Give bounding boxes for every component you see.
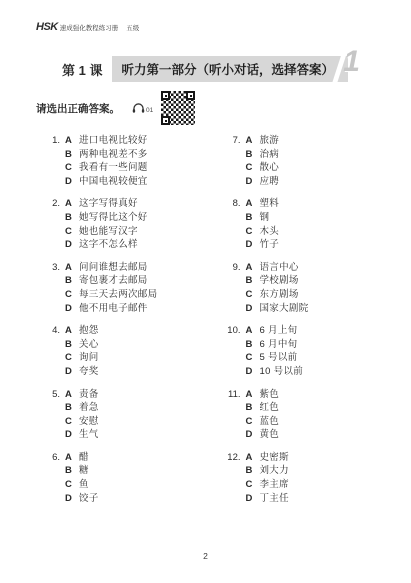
answer-option: A紫色 <box>246 388 390 402</box>
question-item: 2. A这字写得真好B她写得比这个好C她也能写汉字D这字不怎么样 <box>40 197 215 251</box>
option-text: 10 号以前 <box>260 365 304 379</box>
option-text: 应聘 <box>260 175 280 189</box>
option-key: C <box>246 351 260 365</box>
option-text: 6 月上旬 <box>260 324 298 338</box>
answer-option: D他不用电子邮件 <box>65 302 215 316</box>
answer-option: B寄包裹才去邮局 <box>65 274 215 288</box>
question-number: 9. <box>221 261 241 315</box>
option-key: D <box>246 175 260 189</box>
answer-option: C蓝色 <box>246 415 390 429</box>
option-text: 生气 <box>79 428 99 442</box>
answer-option: C安慰 <box>65 415 215 429</box>
option-key: C <box>65 478 79 492</box>
option-key: A <box>246 261 260 275</box>
answer-option: C木头 <box>246 225 390 239</box>
option-text: 抱怨 <box>79 324 99 338</box>
audio-track-number: 01 <box>146 107 153 114</box>
option-text: 我看有一些问题 <box>79 161 148 175</box>
option-key: C <box>246 288 260 302</box>
option-text: 6 月中旬 <box>260 338 298 352</box>
answer-option: A史密斯 <box>246 451 390 465</box>
question-number: 4. <box>40 324 60 378</box>
answer-option: D这字不怎么样 <box>65 238 215 252</box>
question-item: 7. A旅游B治病C散心D应聘 <box>221 134 390 188</box>
question-options: A塑料B钢C木头D竹子 <box>246 197 390 251</box>
answer-option: A这字写得真好 <box>65 197 215 211</box>
option-key: D <box>246 238 260 252</box>
option-text: 李主席 <box>260 478 289 492</box>
option-key: D <box>246 365 260 379</box>
question-item: 5. A责备B着急C安慰D生气 <box>40 388 215 442</box>
option-key: D <box>65 365 79 379</box>
option-text: 这字写得真好 <box>79 197 138 211</box>
answer-option: D黄色 <box>246 428 390 442</box>
option-text: 中国电视较便宜 <box>79 175 148 189</box>
option-key: B <box>246 148 260 162</box>
answer-option: C她也能写汉字 <box>65 225 215 239</box>
answer-option: D饺子 <box>65 492 215 506</box>
question-number: 2. <box>40 197 60 251</box>
option-text: 安慰 <box>79 415 99 429</box>
answer-option: A抱怨 <box>65 324 215 338</box>
page-number: 2 <box>0 551 411 561</box>
option-text: 夸奖 <box>79 365 99 379</box>
lesson-title-row: 第 1 课 听力第一部分（听小对话，选择答案） 1 <box>62 56 348 82</box>
answer-option: C每三天去两次邮局 <box>65 288 215 302</box>
question-item: 6. A醋B糖C鱼D饺子 <box>40 451 215 505</box>
headphones-icon <box>132 103 145 114</box>
option-text: 进口电视比较好 <box>79 134 148 148</box>
option-text: 语言中心 <box>260 261 299 275</box>
option-key: C <box>246 478 260 492</box>
option-text: 钢 <box>260 211 270 225</box>
answer-option: C询问 <box>65 351 215 365</box>
question-item: 3. A问问谁想去邮局B寄包裹才去邮局C每三天去两次邮局D他不用电子邮件 <box>40 261 215 315</box>
question-number: 5. <box>40 388 60 442</box>
option-key: C <box>246 225 260 239</box>
option-text: 她写得比这个好 <box>79 211 148 225</box>
answer-option: C鱼 <box>65 478 215 492</box>
option-text: 寄包裹才去邮局 <box>79 274 148 288</box>
option-text: 鱼 <box>79 478 89 492</box>
question-options: A6 月上旬B6 月中旬C5 号以前D10 号以前 <box>246 324 390 378</box>
option-key: B <box>246 274 260 288</box>
option-key: D <box>65 492 79 506</box>
question-item: 8. A塑料B钢C木头D竹子 <box>221 197 390 251</box>
question-number: 11. <box>221 388 241 442</box>
option-key: C <box>65 225 79 239</box>
option-key: A <box>246 197 260 211</box>
option-text: 蓝色 <box>260 415 280 429</box>
question-item: 11. A紫色B红色C蓝色D黄色 <box>221 388 390 442</box>
answer-option: D中国电视较便宜 <box>65 175 215 189</box>
option-key: D <box>246 428 260 442</box>
question-item: 10. A6 月上旬B6 月中旬C5 号以前D10 号以前 <box>221 324 390 378</box>
answer-option: C散心 <box>246 161 390 175</box>
answer-option: A语言中心 <box>246 261 390 275</box>
option-text: 责备 <box>79 388 99 402</box>
option-text: 国家大剧院 <box>260 302 309 316</box>
option-key: A <box>65 388 79 402</box>
answer-option: D丁主任 <box>246 492 390 506</box>
answer-option: C李主席 <box>246 478 390 492</box>
answer-option: B6 月中旬 <box>246 338 390 352</box>
option-text: 学校剧场 <box>260 274 299 288</box>
option-key: B <box>65 274 79 288</box>
qr-code <box>161 91 195 125</box>
option-text: 饺子 <box>79 492 99 506</box>
qr-finder-icon <box>186 91 195 100</box>
answer-option: B两种电视差不多 <box>65 148 215 162</box>
option-key: D <box>65 302 79 316</box>
option-text: 两种电视差不多 <box>79 148 148 162</box>
questions-area: 1. A进口电视比较好B两种电视差不多C我看有一些问题D中国电视较便宜 2. A… <box>0 134 411 514</box>
option-text: 醋 <box>79 451 89 465</box>
option-key: A <box>246 388 260 402</box>
option-text: 这字不怎么样 <box>79 238 138 252</box>
brand-header: HSK 速成强化教程练习册 五级 <box>36 21 139 33</box>
answer-option: A醋 <box>65 451 215 465</box>
option-text: 她也能写汉字 <box>79 225 138 239</box>
section-title: 听力第一部分（听小对话，选择答案） 1 <box>112 56 348 82</box>
answer-option: B糖 <box>65 464 215 478</box>
answer-option: D应聘 <box>246 175 390 189</box>
option-key: B <box>246 464 260 478</box>
answer-option: B关心 <box>65 338 215 352</box>
answer-option: A塑料 <box>246 197 390 211</box>
option-key: A <box>246 324 260 338</box>
qr-finder-icon <box>161 116 170 125</box>
option-text: 糖 <box>79 464 89 478</box>
option-key: C <box>65 351 79 365</box>
question-options: A这字写得真好B她写得比这个好C她也能写汉字D这字不怎么样 <box>65 197 215 251</box>
answer-option: D国家大剧院 <box>246 302 390 316</box>
option-text: 塑料 <box>260 197 280 211</box>
option-text: 东方剧场 <box>260 288 299 302</box>
answer-option: C东方剧场 <box>246 288 390 302</box>
option-key: C <box>246 161 260 175</box>
option-text: 紫色 <box>260 388 280 402</box>
answer-option: A问问谁想去邮局 <box>65 261 215 275</box>
answer-option: B治病 <box>246 148 390 162</box>
option-key: C <box>65 288 79 302</box>
option-text: 史密斯 <box>260 451 289 465</box>
option-key: B <box>65 401 79 415</box>
option-key: C <box>65 415 79 429</box>
hsk-logo: HSK <box>36 21 58 33</box>
option-text: 5 号以前 <box>260 351 298 365</box>
option-text: 刘大力 <box>260 464 289 478</box>
question-number: 10. <box>221 324 241 378</box>
option-text: 红色 <box>260 401 280 415</box>
question-options: A史密斯B刘大力C李主席D丁主任 <box>246 451 390 505</box>
answer-option: A进口电视比较好 <box>65 134 215 148</box>
answer-option: B着急 <box>65 401 215 415</box>
lesson-number-watermark: 1 <box>343 47 360 77</box>
answer-option: B刘大力 <box>246 464 390 478</box>
option-text: 散心 <box>260 161 280 175</box>
question-options: A紫色B红色C蓝色D黄色 <box>246 388 390 442</box>
option-text: 治病 <box>260 148 280 162</box>
question-options: A责备B着急C安慰D生气 <box>65 388 215 442</box>
option-text: 询问 <box>79 351 99 365</box>
option-text: 黄色 <box>260 428 280 442</box>
option-key: B <box>65 464 79 478</box>
option-key: B <box>65 338 79 352</box>
option-key: A <box>65 134 79 148</box>
option-key: C <box>246 415 260 429</box>
answer-option: D夸奖 <box>65 365 215 379</box>
series-title: 速成强化教程练习册 <box>60 23 119 32</box>
option-key: D <box>246 492 260 506</box>
option-key: D <box>65 428 79 442</box>
answer-option: D生气 <box>65 428 215 442</box>
option-text: 问问谁想去邮局 <box>79 261 148 275</box>
question-options: A抱怨B关心C询问D夸奖 <box>65 324 215 378</box>
option-text: 着急 <box>79 401 99 415</box>
question-number: 1. <box>40 134 60 188</box>
option-key: B <box>246 338 260 352</box>
answer-option: A旅游 <box>246 134 390 148</box>
qr-finder-icon <box>161 91 170 100</box>
question-item: 9. A语言中心B学校剧场C东方剧场D国家大剧院 <box>221 261 390 315</box>
option-key: A <box>65 197 79 211</box>
option-text: 他不用电子邮件 <box>79 302 148 316</box>
option-key: B <box>246 211 260 225</box>
question-number: 8. <box>221 197 241 251</box>
question-item: 12. A史密斯B刘大力C李主席D丁主任 <box>221 451 390 505</box>
option-key: B <box>246 401 260 415</box>
answer-option: B学校剧场 <box>246 274 390 288</box>
answer-option: D竹子 <box>246 238 390 252</box>
question-options: A进口电视比较好B两种电视差不多C我看有一些问题D中国电视较便宜 <box>65 134 215 188</box>
option-key: B <box>65 148 79 162</box>
option-text: 旅游 <box>260 134 280 148</box>
option-key: B <box>65 211 79 225</box>
lesson-label: 第 1 课 <box>62 60 102 79</box>
option-key: D <box>246 302 260 316</box>
option-key: A <box>65 261 79 275</box>
question-options: A旅游B治病C散心D应聘 <box>246 134 390 188</box>
option-text: 丁主任 <box>260 492 289 506</box>
option-text: 关心 <box>79 338 99 352</box>
instruction-text: 请选出正确答案。 <box>36 101 120 116</box>
answer-option: D10 号以前 <box>246 365 390 379</box>
option-text: 竹子 <box>260 238 280 252</box>
question-options: A醋B糖C鱼D饺子 <box>65 451 215 505</box>
question-number: 12. <box>221 451 241 505</box>
option-key: A <box>246 134 260 148</box>
answer-option: C我看有一些问题 <box>65 161 215 175</box>
question-number: 3. <box>40 261 60 315</box>
level-label: 五级 <box>126 23 139 32</box>
option-text: 木头 <box>260 225 280 239</box>
section-title-text: 听力第一部分（听小对话，选择答案） <box>121 63 334 77</box>
option-key: D <box>65 238 79 252</box>
workbook-page: HSK 速成强化教程练习册 五级 第 1 课 听力第一部分（听小对话，选择答案）… <box>0 0 411 583</box>
option-key: A <box>65 324 79 338</box>
audio-indicator: 01 <box>132 103 153 114</box>
answer-option: B红色 <box>246 401 390 415</box>
question-item: 1. A进口电视比较好B两种电视差不多C我看有一些问题D中国电视较便宜 <box>40 134 215 188</box>
option-key: D <box>65 175 79 189</box>
option-key: C <box>65 161 79 175</box>
question-number: 7. <box>221 134 241 188</box>
option-key: A <box>246 451 260 465</box>
question-options: A语言中心B学校剧场C东方剧场D国家大剧院 <box>246 261 390 315</box>
answer-option: B她写得比这个好 <box>65 211 215 225</box>
answer-option: A6 月上旬 <box>246 324 390 338</box>
option-key: A <box>65 451 79 465</box>
answer-option: B钢 <box>246 211 390 225</box>
question-item: 4. A抱怨B关心C询问D夸奖 <box>40 324 215 378</box>
questions-column-right: 7. A旅游B治病C散心D应聘 8. A塑料B钢C木头D竹子 9. A语言中心B… <box>215 134 390 514</box>
questions-column-left: 1. A进口电视比较好B两种电视差不多C我看有一些问题D中国电视较便宜 2. A… <box>40 134 215 514</box>
answer-option: C5 号以前 <box>246 351 390 365</box>
answer-option: A责备 <box>65 388 215 402</box>
question-options: A问问谁想去邮局B寄包裹才去邮局C每三天去两次邮局D他不用电子邮件 <box>65 261 215 315</box>
instruction-row: 请选出正确答案。 01 <box>36 90 195 126</box>
option-text: 每三天去两次邮局 <box>79 288 157 302</box>
question-number: 6. <box>40 451 60 505</box>
